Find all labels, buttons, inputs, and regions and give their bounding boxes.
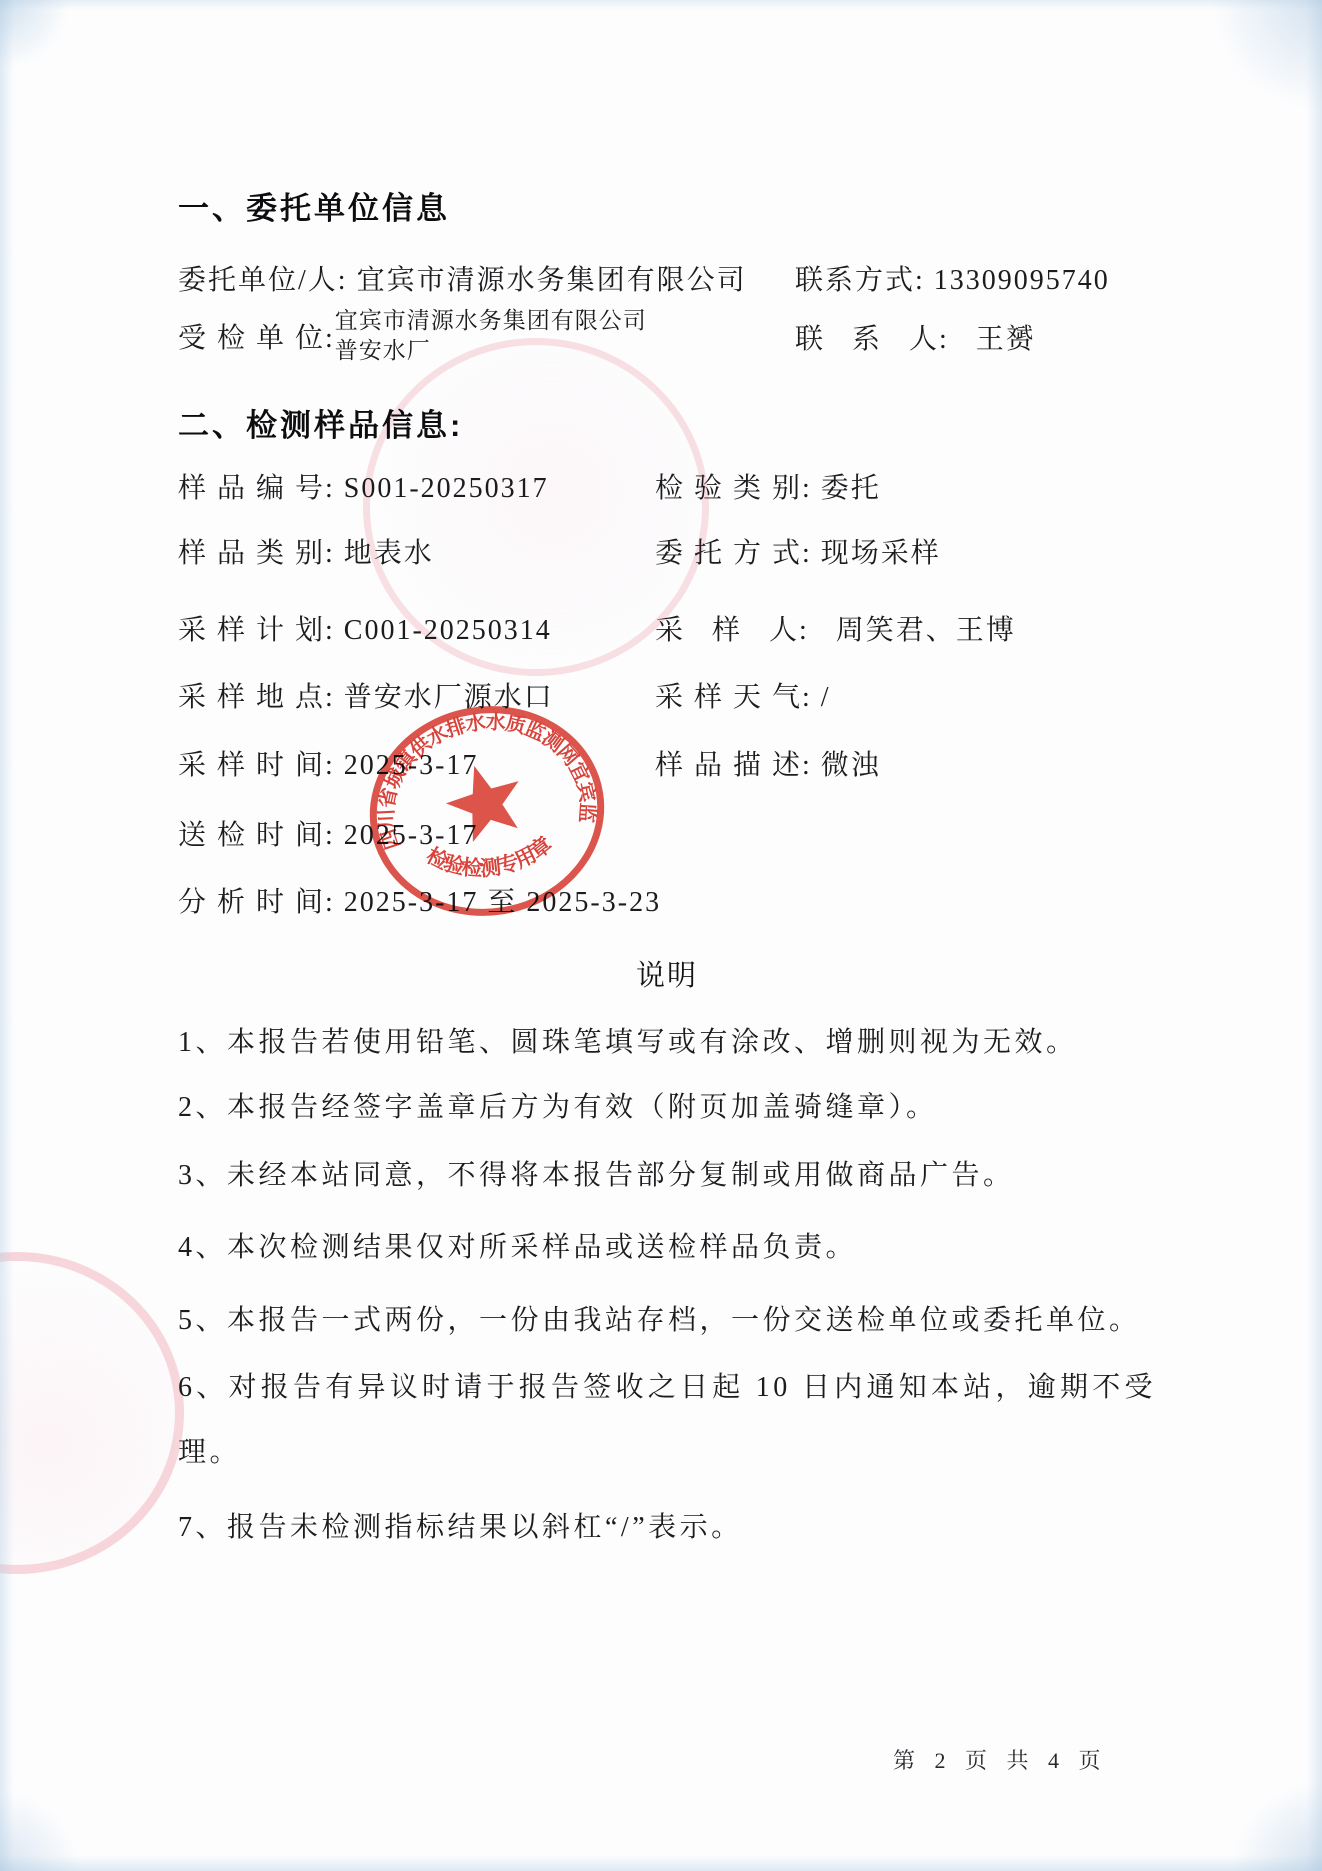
field-label: 样 品 类 别: <box>178 538 344 569</box>
field-value: C001-20250314 <box>344 615 552 646</box>
field-label: 检 验 类 别: <box>655 473 821 504</box>
inspected-contact-value: 王赟 <box>976 324 1036 355</box>
notes-title: 说明 <box>178 953 1156 994</box>
field-samplers: 采 样 人: 周笑君、王博 <box>655 608 1016 648</box>
note-item-1: 1、本报告若使用铅笔、圆珠笔填写或有涂改、增删则视为无效。 <box>178 1010 1156 1075</box>
field-sampling-plan: 采 样 计 划: C001-20250314 <box>178 608 552 648</box>
note-item-6: 6、对报告有异议时请于报告签收之日起 10 日内通知本站，逾期不受理。 <box>178 1355 1156 1485</box>
field-value: 地表水 <box>344 538 434 569</box>
client-label: 委托单位/人: <box>178 265 357 296</box>
field-weather: 采 样 天 气: / <box>655 675 831 715</box>
inspected-value: 宜宾市清源水务集团有限公司 普安水厂 <box>335 306 647 366</box>
inspected-value-line1: 宜宾市清源水务集团有限公司 <box>335 306 647 336</box>
field-label: 采 样 时 间: <box>178 750 344 781</box>
inspected-value-line2: 普安水厂 <box>335 336 647 366</box>
field-sample-no: 样 品 编 号: S001-20250317 <box>178 466 549 506</box>
field-label: 分 析 时 间: <box>178 887 344 918</box>
inspected-contact-label: 联 系 人: <box>795 324 976 355</box>
field-commission-mode: 委 托 方 式: 现场采样 <box>655 531 941 571</box>
client-value: 宜宾市清源水务集团有限公司 <box>357 265 747 296</box>
inspected-contact: 联 系 人: 王赟 <box>795 317 1036 357</box>
field-value: 现场采样 <box>821 538 941 569</box>
section2-title: 二、检测样品信息: <box>178 400 463 445</box>
note-item-4: 4、本次检测结果仅对所采样品或送检样品负责。 <box>178 1215 1156 1280</box>
inspection-seal-icon: 四川省城镇供水排水水质监测网宜宾监测站 检验检测专用章 <box>362 698 612 924</box>
field-label: 采 样 人: <box>655 615 836 646</box>
seal-star-icon <box>438 755 532 846</box>
field-label: 样 品 编 号: <box>178 473 344 504</box>
note-item-7: 7、报告未检测指标结果以斜杠“/”表示。 <box>178 1495 1156 1560</box>
client-contact-label: 联系方式: <box>795 265 934 296</box>
field-value: / <box>821 682 831 713</box>
client-contact: 联系方式: 13309095740 <box>795 258 1110 298</box>
corner-stamp-icon <box>0 1252 184 1574</box>
field-value: 微浊 <box>821 750 881 781</box>
field-value: 委托 <box>821 473 881 504</box>
inspected-label: 受 检 单 位: <box>178 316 335 356</box>
field-label: 采 样 天 气: <box>655 682 821 713</box>
field-label: 采 样 计 划: <box>178 615 344 646</box>
field-label: 委 托 方 式: <box>655 538 821 569</box>
inspected-row: 受 检 单 位: 宜宾市清源水务集团有限公司 普安水厂 联 系 人: 王赟 <box>178 300 1278 372</box>
field-label: 采 样 地 点: <box>178 682 344 713</box>
client-contact-value: 13309095740 <box>934 265 1110 296</box>
field-value: 周笑君、王博 <box>836 615 1016 646</box>
note-item-2: 2、本报告经签字盖章后方为有效（附页加盖骑缝章）。 <box>178 1075 1156 1140</box>
client-row: 委托单位/人: 宜宾市清源水务集团有限公司 联系方式: 13309095740 <box>178 258 1278 298</box>
field-sample-type: 样 品 类 别: 地表水 <box>178 531 434 571</box>
field-value: S001-20250317 <box>344 473 549 504</box>
report-page: 一、委托单位信息 委托单位/人: 宜宾市清源水务集团有限公司 联系方式: 133… <box>0 0 1322 1871</box>
field-label: 样 品 描 述: <box>655 750 821 781</box>
page-footer: 第 2 页 共 4 页 <box>893 1744 1104 1775</box>
note-item-5: 5、本报告一式两份，一份由我站存档，一份交送检单位或委托单位。 <box>178 1288 1156 1353</box>
svg-text:检验检测专用章: 检验检测专用章 <box>420 824 560 890</box>
field-label: 送 检 时 间: <box>178 820 344 851</box>
field-test-category: 检 验 类 别: 委托 <box>655 466 881 506</box>
seal-center-text: 检验检测专用章 <box>420 824 560 890</box>
field-sample-desc: 样 品 描 述: 微浊 <box>655 743 881 783</box>
note-item-3: 3、未经本站同意，不得将本报告部分复制或用做商品广告。 <box>178 1143 1156 1208</box>
section1-title: 一、委托单位信息 <box>178 183 450 228</box>
